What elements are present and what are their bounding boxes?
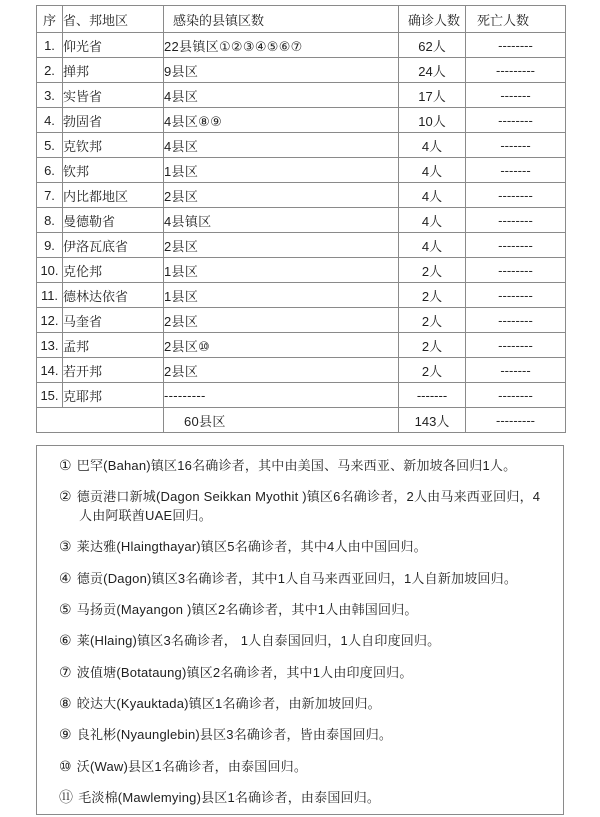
cell-seq: 12. — [37, 308, 63, 333]
cell-region: 勃固省 — [63, 108, 164, 133]
cell-townships: 2县区 — [164, 183, 399, 208]
table-row: 14. 若开邦 2县区 2人 ------- — [37, 358, 566, 383]
cell-confirmed: 24人 — [399, 58, 466, 83]
cell-region: 仰光省 — [63, 33, 164, 58]
table-row: 13. 孟邦 2县区⑩ 2人 -------- — [37, 333, 566, 358]
footnote-text: 良礼彬(Nyaunglebin)县区3名确诊者，皆由泰国回归。 — [77, 727, 392, 742]
cell-deaths: ------- — [466, 358, 566, 383]
footnote-4: ④德贡(Dagon)镇区3名确诊者，其中1人自马来西亚回归，1人自新加坡回归。 — [51, 569, 550, 589]
cell-deaths: -------- — [466, 283, 566, 308]
cell-deaths: -------- — [466, 108, 566, 133]
cell-confirmed: 2人 — [399, 333, 466, 358]
cell-deaths: -------- — [466, 258, 566, 283]
cell-townships: 22县镇区①②③④⑤⑥⑦ — [164, 33, 399, 58]
cell-region: 伊洛瓦底省 — [63, 233, 164, 258]
footnote-number: ⑩ — [59, 758, 72, 774]
cell-deaths: -------- — [466, 233, 566, 258]
cell-townships: 4县区 — [164, 83, 399, 108]
table-row: 7. 内比都地区 2县区 4人 -------- — [37, 183, 566, 208]
footnote-10: ⑩沃(Waw)县区1名确诊者，由泰国回归。 — [51, 757, 550, 777]
table-row: 10. 克伦邦 1县区 2人 -------- — [37, 258, 566, 283]
cell-seq: 15. — [37, 383, 63, 408]
cell-townships: 2县区⑩ — [164, 333, 399, 358]
footnote-1: ①巴罕(Bahan)镇区16名确诊者，其中由美国、马来西亚、新加坡各回归1人。 — [51, 456, 550, 476]
footnote-text: 马扬贡(Mayangon )镇区2名确诊者，其中1人由韩国回归。 — [77, 602, 418, 617]
total-confirmed: 143人 — [399, 408, 466, 433]
cell-confirmed: 10人 — [399, 108, 466, 133]
footnote-text: 皎达大(Kyauktada)镇区1名确诊者，由新加坡回归。 — [77, 696, 381, 711]
cell-confirmed: 62人 — [399, 33, 466, 58]
cell-seq: 11. — [37, 283, 63, 308]
cell-region: 曼德勒省 — [63, 208, 164, 233]
cell-townships: 1县区 — [164, 158, 399, 183]
case-summary-table: 序 省、邦地区 感染的县镇区数 确诊人数 死亡人数 1. 仰光省 22县镇区①②… — [36, 5, 566, 433]
cell-deaths: ------- — [466, 158, 566, 183]
table-row: 6. 钦邦 1县区 4人 ------- — [37, 158, 566, 183]
total-townships: 60县区 — [164, 408, 399, 433]
footnote-11: ⑪毛淡棉(Mawlemying)县区1名确诊者，由泰国回归。 — [51, 788, 550, 808]
cell-townships: 1县区 — [164, 283, 399, 308]
cell-deaths: --------- — [466, 58, 566, 83]
cell-deaths: ------- — [466, 133, 566, 158]
footnote-number: ③ — [59, 538, 72, 554]
table-row: 15. 克耶邦 --------- ------- -------- — [37, 383, 566, 408]
table-row: 3. 实皆省 4县区 17人 ------- — [37, 83, 566, 108]
cell-seq: 9. — [37, 233, 63, 258]
footnote-number: ⑧ — [59, 695, 72, 711]
cell-confirmed: 4人 — [399, 133, 466, 158]
cell-townships: 9县区 — [164, 58, 399, 83]
footnote-2: ②德贡港口新城(Dagon Seikkan Myothit )镇区6名确诊者，2… — [51, 487, 550, 525]
table-row: 2. 掸邦 9县区 24人 --------- — [37, 58, 566, 83]
cell-region: 克伦邦 — [63, 258, 164, 283]
cell-townships: --------- — [164, 383, 399, 408]
footnote-text: 巴罕(Bahan)镇区16名确诊者，其中由美国、马来西亚、新加坡各回归1人。 — [77, 458, 517, 473]
table-total-row: 60县区 143人 --------- — [37, 408, 566, 433]
header-seq: 序 — [37, 6, 63, 33]
cell-confirmed: 4人 — [399, 183, 466, 208]
document-page: 序 省、邦地区 感染的县镇区数 确诊人数 死亡人数 1. 仰光省 22县镇区①②… — [0, 0, 600, 817]
cell-region: 克钦邦 — [63, 133, 164, 158]
cell-confirmed: 4人 — [399, 208, 466, 233]
footnote-text: 莱达雅(Hlaingthayar)镇区5名确诊者，其中4人由中国回归。 — [77, 539, 427, 554]
cell-region: 德林达依省 — [63, 283, 164, 308]
footnote-number: ⑪ — [59, 789, 73, 805]
cell-region: 马奎省 — [63, 308, 164, 333]
footnote-text: 莱(Hlaing)镇区3名确诊者， 1人自泰国回归，1人自印度回归。 — [77, 633, 441, 648]
cell-townships: 4县镇区 — [164, 208, 399, 233]
cell-seq: 14. — [37, 358, 63, 383]
footnote-text: 波值塘(Botataung)镇区2名确诊者，其中1人由印度回归。 — [77, 665, 413, 680]
footnote-number: ④ — [59, 570, 72, 586]
cell-seq: 5. — [37, 133, 63, 158]
table-header-row: 序 省、邦地区 感染的县镇区数 确诊人数 死亡人数 — [37, 6, 566, 33]
cell-confirmed: 2人 — [399, 308, 466, 333]
cell-seq: 4. — [37, 108, 63, 133]
footnotes-panel: ①巴罕(Bahan)镇区16名确诊者，其中由美国、马来西亚、新加坡各回归1人。 … — [36, 445, 564, 815]
cell-region: 实皆省 — [63, 83, 164, 108]
cell-confirmed: ------- — [399, 383, 466, 408]
cell-seq: 3. — [37, 83, 63, 108]
header-deaths: 死亡人数 — [466, 6, 566, 33]
footnote-text: 德贡(Dagon)镇区3名确诊者，其中1人自马来西亚回归，1人自新加坡回归。 — [77, 571, 517, 586]
footnote-number: ⑤ — [59, 601, 72, 617]
cell-seq: 13. — [37, 333, 63, 358]
cell-region: 孟邦 — [63, 333, 164, 358]
cell-confirmed: 2人 — [399, 258, 466, 283]
cell-townships: 2县区 — [164, 233, 399, 258]
cell-deaths: -------- — [466, 183, 566, 208]
footnote-text: 毛淡棉(Mawlemying)县区1名确诊者，由泰国回归。 — [78, 790, 380, 805]
cell-region: 克耶邦 — [63, 383, 164, 408]
cell-townships: 2县区 — [164, 308, 399, 333]
table-row: 8. 曼德勒省 4县镇区 4人 -------- — [37, 208, 566, 233]
footnote-7: ⑦波值塘(Botataung)镇区2名确诊者，其中1人由印度回归。 — [51, 663, 550, 683]
footnote-3: ③莱达雅(Hlaingthayar)镇区5名确诊者，其中4人由中国回归。 — [51, 537, 550, 557]
cell-confirmed: 2人 — [399, 283, 466, 308]
cell-seq: 10. — [37, 258, 63, 283]
cell-region: 钦邦 — [63, 158, 164, 183]
cell-townships: 4县区 — [164, 133, 399, 158]
cell-deaths: -------- — [466, 208, 566, 233]
cell-confirmed: 4人 — [399, 233, 466, 258]
cell-deaths: -------- — [466, 33, 566, 58]
cell-seq: 8. — [37, 208, 63, 233]
footnote-text: 沃(Waw)县区1名确诊者，由泰国回归。 — [77, 759, 307, 774]
cell-seq: 7. — [37, 183, 63, 208]
cell-townships: 2县区 — [164, 358, 399, 383]
cell-confirmed: 4人 — [399, 158, 466, 183]
cell-townships: 4县区⑧⑨ — [164, 108, 399, 133]
footnote-6: ⑥莱(Hlaing)镇区3名确诊者， 1人自泰国回归，1人自印度回归。 — [51, 631, 550, 651]
header-confirmed: 确诊人数 — [399, 6, 466, 33]
table-row: 5. 克钦邦 4县区 4人 ------- — [37, 133, 566, 158]
table-row: 12. 马奎省 2县区 2人 -------- — [37, 308, 566, 333]
footnote-5: ⑤马扬贡(Mayangon )镇区2名确诊者，其中1人由韩国回归。 — [51, 600, 550, 620]
footnote-number: ⑨ — [59, 726, 72, 742]
table-row: 11. 德林达依省 1县区 2人 -------- — [37, 283, 566, 308]
cell-deaths: -------- — [466, 308, 566, 333]
footnote-number: ① — [59, 457, 72, 473]
cell-seq: 2. — [37, 58, 63, 83]
footnote-8: ⑧皎达大(Kyauktada)镇区1名确诊者，由新加坡回归。 — [51, 694, 550, 714]
cell-confirmed: 2人 — [399, 358, 466, 383]
cell-townships: 1县区 — [164, 258, 399, 283]
table-row: 9. 伊洛瓦底省 2县区 4人 -------- — [37, 233, 566, 258]
cell-region: 内比都地区 — [63, 183, 164, 208]
table-row: 4. 勃固省 4县区⑧⑨ 10人 -------- — [37, 108, 566, 133]
total-deaths: --------- — [466, 408, 566, 433]
cell-confirmed: 17人 — [399, 83, 466, 108]
table-row: 1. 仰光省 22县镇区①②③④⑤⑥⑦ 62人 -------- — [37, 33, 566, 58]
cell-deaths: ------- — [466, 83, 566, 108]
cell-seq: 1. — [37, 33, 63, 58]
cell-deaths: -------- — [466, 333, 566, 358]
cell-deaths: -------- — [466, 383, 566, 408]
footnote-number: ⑥ — [59, 632, 72, 648]
footnote-number: ② — [59, 488, 72, 504]
header-region: 省、邦地区 — [63, 6, 164, 33]
total-empty-cell — [37, 408, 164, 433]
cell-region: 掸邦 — [63, 58, 164, 83]
footnote-9: ⑨良礼彬(Nyaunglebin)县区3名确诊者，皆由泰国回归。 — [51, 725, 550, 745]
cell-region: 若开邦 — [63, 358, 164, 383]
footnote-number: ⑦ — [59, 664, 72, 680]
footnote-text: 德贡港口新城(Dagon Seikkan Myothit )镇区6名确诊者，2人… — [77, 489, 540, 523]
header-townships: 感染的县镇区数 — [164, 6, 399, 33]
cell-seq: 6. — [37, 158, 63, 183]
